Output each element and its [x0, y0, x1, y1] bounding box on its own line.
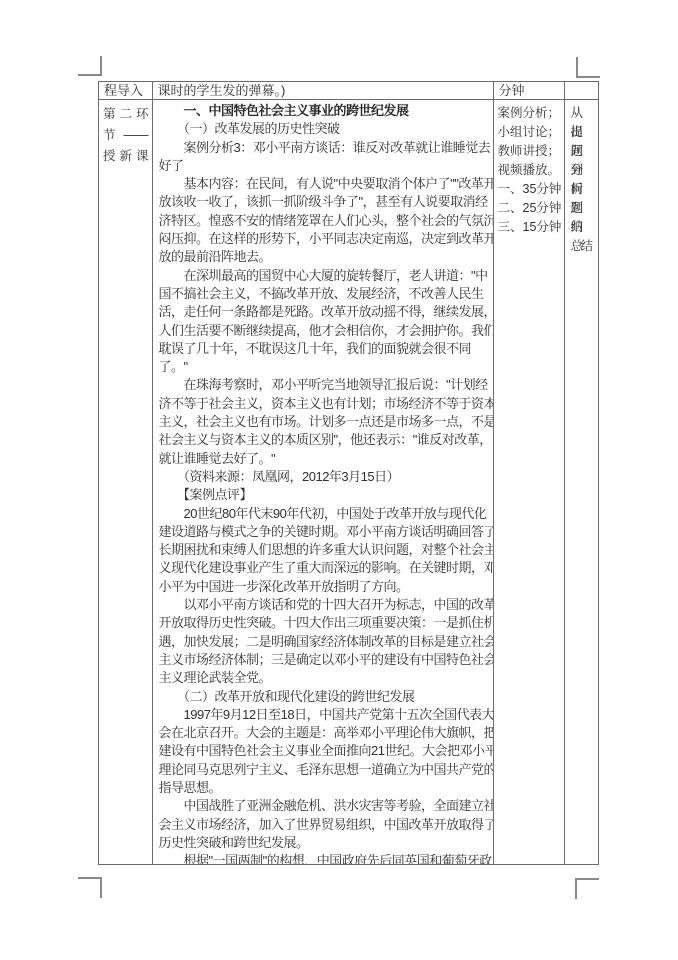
text-line: 会主义市场经济，加入了世界贸易组织，中国改革开放取得了 [159, 816, 489, 834]
text-line: 1997年9月12日至18日，中国共产党第十五次全国代表大 [159, 706, 489, 724]
text-line: 出问 [571, 123, 594, 142]
text-line: 视频播放。 [498, 161, 562, 180]
crop-mark-top-right [576, 57, 600, 78]
crop-mark-bottom-right [575, 878, 599, 899]
text-line: 基本内容：在民间，有人说"中央要取消个体户了""改革开 [159, 175, 489, 193]
text-line: 了。" [159, 358, 489, 376]
text-line: 理论同马克思列宁主义、毛泽东思想一道确立为中国共产党的 [159, 761, 489, 779]
text-line: 历史性突破和跨世纪发展。 [159, 834, 489, 852]
text-line: 放该收一收了，该抓一抓阶级斗争了"，甚至有人说要取消经 [159, 193, 489, 211]
text-line: 长期困扰和束缚人们思想的许多重大认识问题，对整个社会主 [159, 541, 489, 559]
text-line: 第二环 [103, 104, 149, 125]
text-line: 主义理论武装全党。 [159, 669, 489, 687]
cell-teaching-stage: 第二环节——讲授新课 [99, 100, 153, 865]
text-line: 到归 [571, 199, 594, 218]
lesson-plan-table: 程导入 课时的学生发的弹幕。) 分钟 第二环节——讲授新课 一、中国特色社会主义… [98, 81, 599, 865]
crop-mark-bottom-left [78, 877, 102, 898]
text-line: 闷压抑。在这样的形势下，小平同志决定南巡，决定到改革开 [159, 230, 489, 248]
text-line: 从提 [571, 104, 594, 123]
text-line: 建设道路与模式之争的关键时期。邓小平南方谈话明确回答了 [159, 523, 489, 541]
text-line: 节——讲 [103, 125, 149, 146]
text-line: 小组讨论； [498, 123, 562, 142]
method-time-header-text: 分钟 [499, 83, 525, 98]
text-line: 小平为中国进一步深化改革开放指明了方向。 [159, 578, 489, 596]
text-line: 就让谁睡觉去好了。" [159, 450, 489, 468]
text-line: 根据"一国两制"的构想，中国政府先后同英国和葡萄牙政 [159, 852, 489, 864]
cell-design-intent: 从提出问题到分析问题到归纳总结 [565, 100, 599, 865]
text-line: 中国战胜了亚洲金融危机、洪水灾害等考验，全面建立社 [159, 797, 489, 815]
cell-method-time-header: 分钟 [494, 82, 565, 100]
text-line: 活，走任何一条路都是死路。改革开放动摇不得，继续发展， [159, 303, 489, 321]
text-line: 问题 [571, 180, 594, 199]
text-line: 济不等于社会主义，资本主义也有计划；市场经济不等于资本 [159, 395, 489, 413]
content-header-text: 课时的学生发的弹幕。) [158, 83, 286, 98]
text-line: 指导思想。 [159, 779, 489, 797]
text-line: 一、中国特色社会主义事业的跨世纪发展 [159, 102, 489, 120]
text-line: 遇，加快发展；二是明确国家经济体制改革的目标是建立社会 [159, 633, 489, 651]
text-line: 20世纪80年代末90年代初，中国处于改革开放与现代化 [159, 505, 489, 523]
text-line: 国不搞社会主义，不搞改革开放、发展经济，不改善人民生 [159, 285, 489, 303]
text-line: 【案例点评】 [159, 486, 489, 504]
text-line: 建设有中国特色社会主义事业全面推向21世纪。大会把邓小平 [159, 742, 489, 760]
text-line: 纳总 [571, 218, 594, 237]
text-line: 一、35分钟 [498, 180, 562, 199]
crop-mark-top-left [78, 56, 102, 76]
scanned-lesson-plan-page: 程导入 课时的学生发的弹幕。) 分钟 第二环节——讲授新课 一、中国特色社会主义… [0, 0, 678, 960]
cell-content-header: 课时的学生发的弹幕。) [153, 82, 494, 100]
text-line: 人们生活要不断继续提高，他才会相信你，才会拥护你。我们 [159, 322, 489, 340]
text-line: 案例分析3：邓小平南方谈话：谁反对改革就让谁睡觉去 [159, 139, 489, 157]
text-line: （一）改革发展的历史性突破 [159, 120, 489, 138]
text-line: 以邓小平南方谈话和党的十四大召开为标志，中国的改革 [159, 596, 489, 614]
text-line: 在深圳最高的国贸中心大厦的旋转餐厅，老人讲道："中 [159, 267, 489, 285]
text-line: 放的最前沿阵地去。 [159, 248, 489, 266]
stage-header-text: 程导入 [104, 83, 143, 98]
text-line: 济特区。惶惑不安的情绪笼罩在人们心头，整个社会的气氛沉 [159, 212, 489, 230]
text-line: （二）改革开放和现代化建设的跨世纪发展 [159, 688, 489, 706]
text-line: 二、25分钟 [498, 199, 562, 218]
text-line: 在珠海考察时，邓小平听完当地领导汇报后说："计划经 [159, 376, 489, 394]
text-line: 授新课 [103, 146, 149, 167]
text-line: 会在北京召开。大会的主题是：高举邓小平理论伟大旗帜，把 [159, 724, 489, 742]
cell-teaching-content: 一、中国特色社会主义事业的跨世纪发展 （一）改革发展的历史性突破 案例分析3：邓… [153, 100, 494, 865]
text-line: 主义，社会主义也有市场。计划多一点还是市场多一点，不是 [159, 413, 489, 431]
text-line: 耽误了几十年，不耽误这几十年，我们的面貌就会很不同 [159, 340, 489, 358]
cell-method-and-time: 案例分析；小组讨论；教师讲授；视频播放。一、35分钟二、25分钟三、15分钟 [494, 100, 565, 865]
text-line: 主义市场经济体制；三是确定以邓小平的建设有中国特色社会 [159, 651, 489, 669]
text-line: 三、15分钟 [498, 218, 562, 237]
text-line: 题到 [571, 142, 594, 161]
text-line: 社会主义与资本主义的本质区别"，他还表示："谁反对改革， [159, 431, 489, 449]
cell-stage-header: 程导入 [99, 82, 153, 100]
cell-intent-header [565, 82, 599, 100]
text-line: 分析 [571, 161, 594, 180]
text-line: 好了 [159, 157, 489, 175]
text-line: 教师讲授； [498, 142, 562, 161]
text-line: 开放取得历史性突破。十四大作出三项重要决策：一是抓住机 [159, 614, 489, 632]
text-line: （资料来源：凤凰网，2012年3月15日） [159, 468, 489, 486]
text-line: 案例分析； [498, 104, 562, 123]
text-line: 义现代化建设事业产生了重大而深远的影响。在关键时期，邓 [159, 559, 489, 577]
